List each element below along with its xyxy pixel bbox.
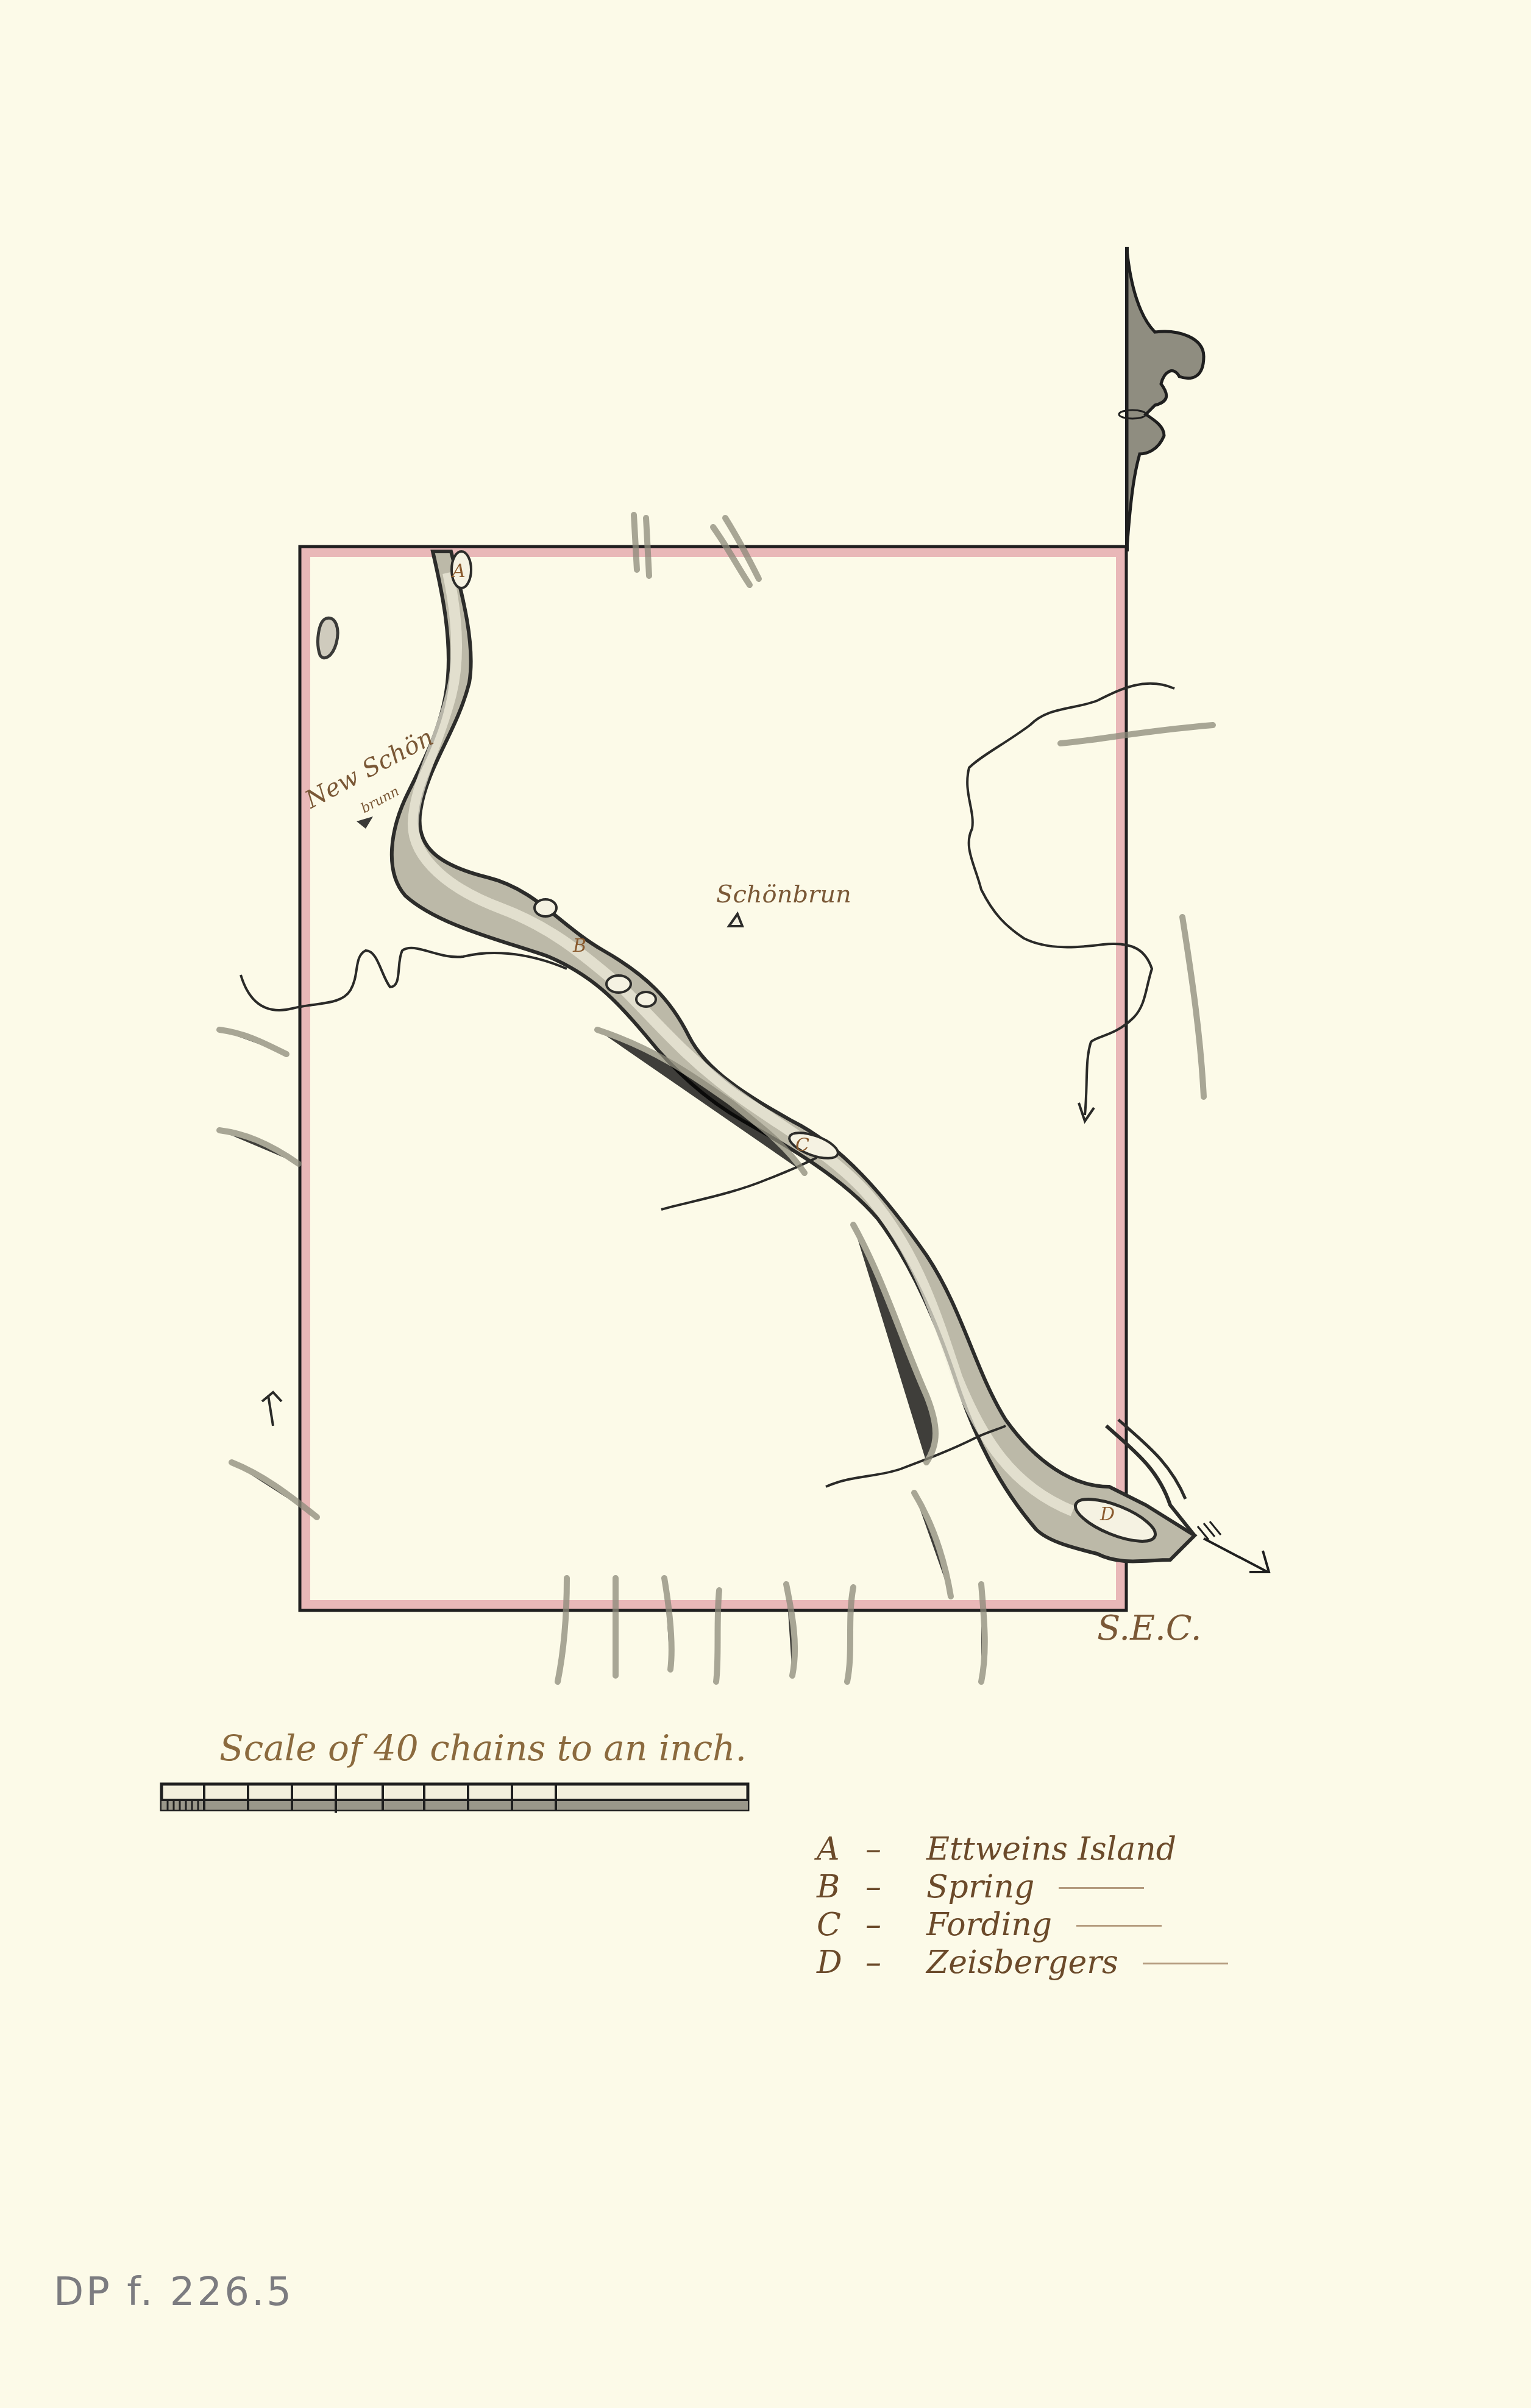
place-label-schonbrun: Schönbrun bbox=[716, 880, 851, 908]
legend-label: Ettweins Island bbox=[926, 1831, 1176, 1868]
legend-rule bbox=[1143, 1963, 1228, 1964]
small-island bbox=[318, 618, 338, 658]
scale-bar bbox=[162, 1784, 748, 1813]
legend-key: B bbox=[817, 1869, 865, 1905]
legend-dash: – bbox=[865, 1907, 926, 1943]
scale-title: Scale of 40 chains to an inch. bbox=[219, 1727, 747, 1769]
map-drawing bbox=[0, 0, 1531, 2408]
river-point-a: A bbox=[452, 561, 466, 582]
river bbox=[392, 551, 1195, 1562]
legend-key: A bbox=[817, 1831, 865, 1868]
legend-key: D bbox=[817, 1944, 865, 1981]
schonbrunn-triangle-icon bbox=[729, 914, 742, 926]
legend-dash: – bbox=[865, 1944, 926, 1981]
legend-label: Zeisbergers bbox=[926, 1944, 1118, 1981]
new-schonbrunn-triangle-icon bbox=[357, 816, 373, 829]
legend-label: Spring bbox=[926, 1869, 1034, 1905]
legend-label: Fording bbox=[926, 1907, 1052, 1943]
legend-row-b: B – Spring bbox=[817, 1869, 1228, 1907]
legend-row-c: C – Fording bbox=[817, 1907, 1228, 1944]
legend-dash: – bbox=[865, 1869, 926, 1905]
river-point-d: D bbox=[1100, 1504, 1115, 1525]
catalog-number: DP f. 226.5 bbox=[54, 2270, 294, 2315]
flow-arrow-icon bbox=[1198, 1521, 1269, 1572]
river-point-c: C bbox=[795, 1135, 809, 1156]
signature: S.E.C. bbox=[1097, 1609, 1202, 1648]
legend-row-d: D – Zeisbergers bbox=[817, 1944, 1228, 1982]
legend-rule bbox=[1076, 1925, 1162, 1927]
north-arrow-icon bbox=[1119, 247, 1204, 551]
legend-dash: – bbox=[865, 1831, 926, 1868]
legend-rule bbox=[1059, 1887, 1144, 1889]
legend: A – Ettweins Island B – Spring C – Fordi… bbox=[817, 1831, 1228, 1982]
river-point-b: B bbox=[573, 935, 586, 957]
legend-key: C bbox=[817, 1907, 865, 1943]
legend-row-a: A – Ettweins Island bbox=[817, 1831, 1228, 1869]
